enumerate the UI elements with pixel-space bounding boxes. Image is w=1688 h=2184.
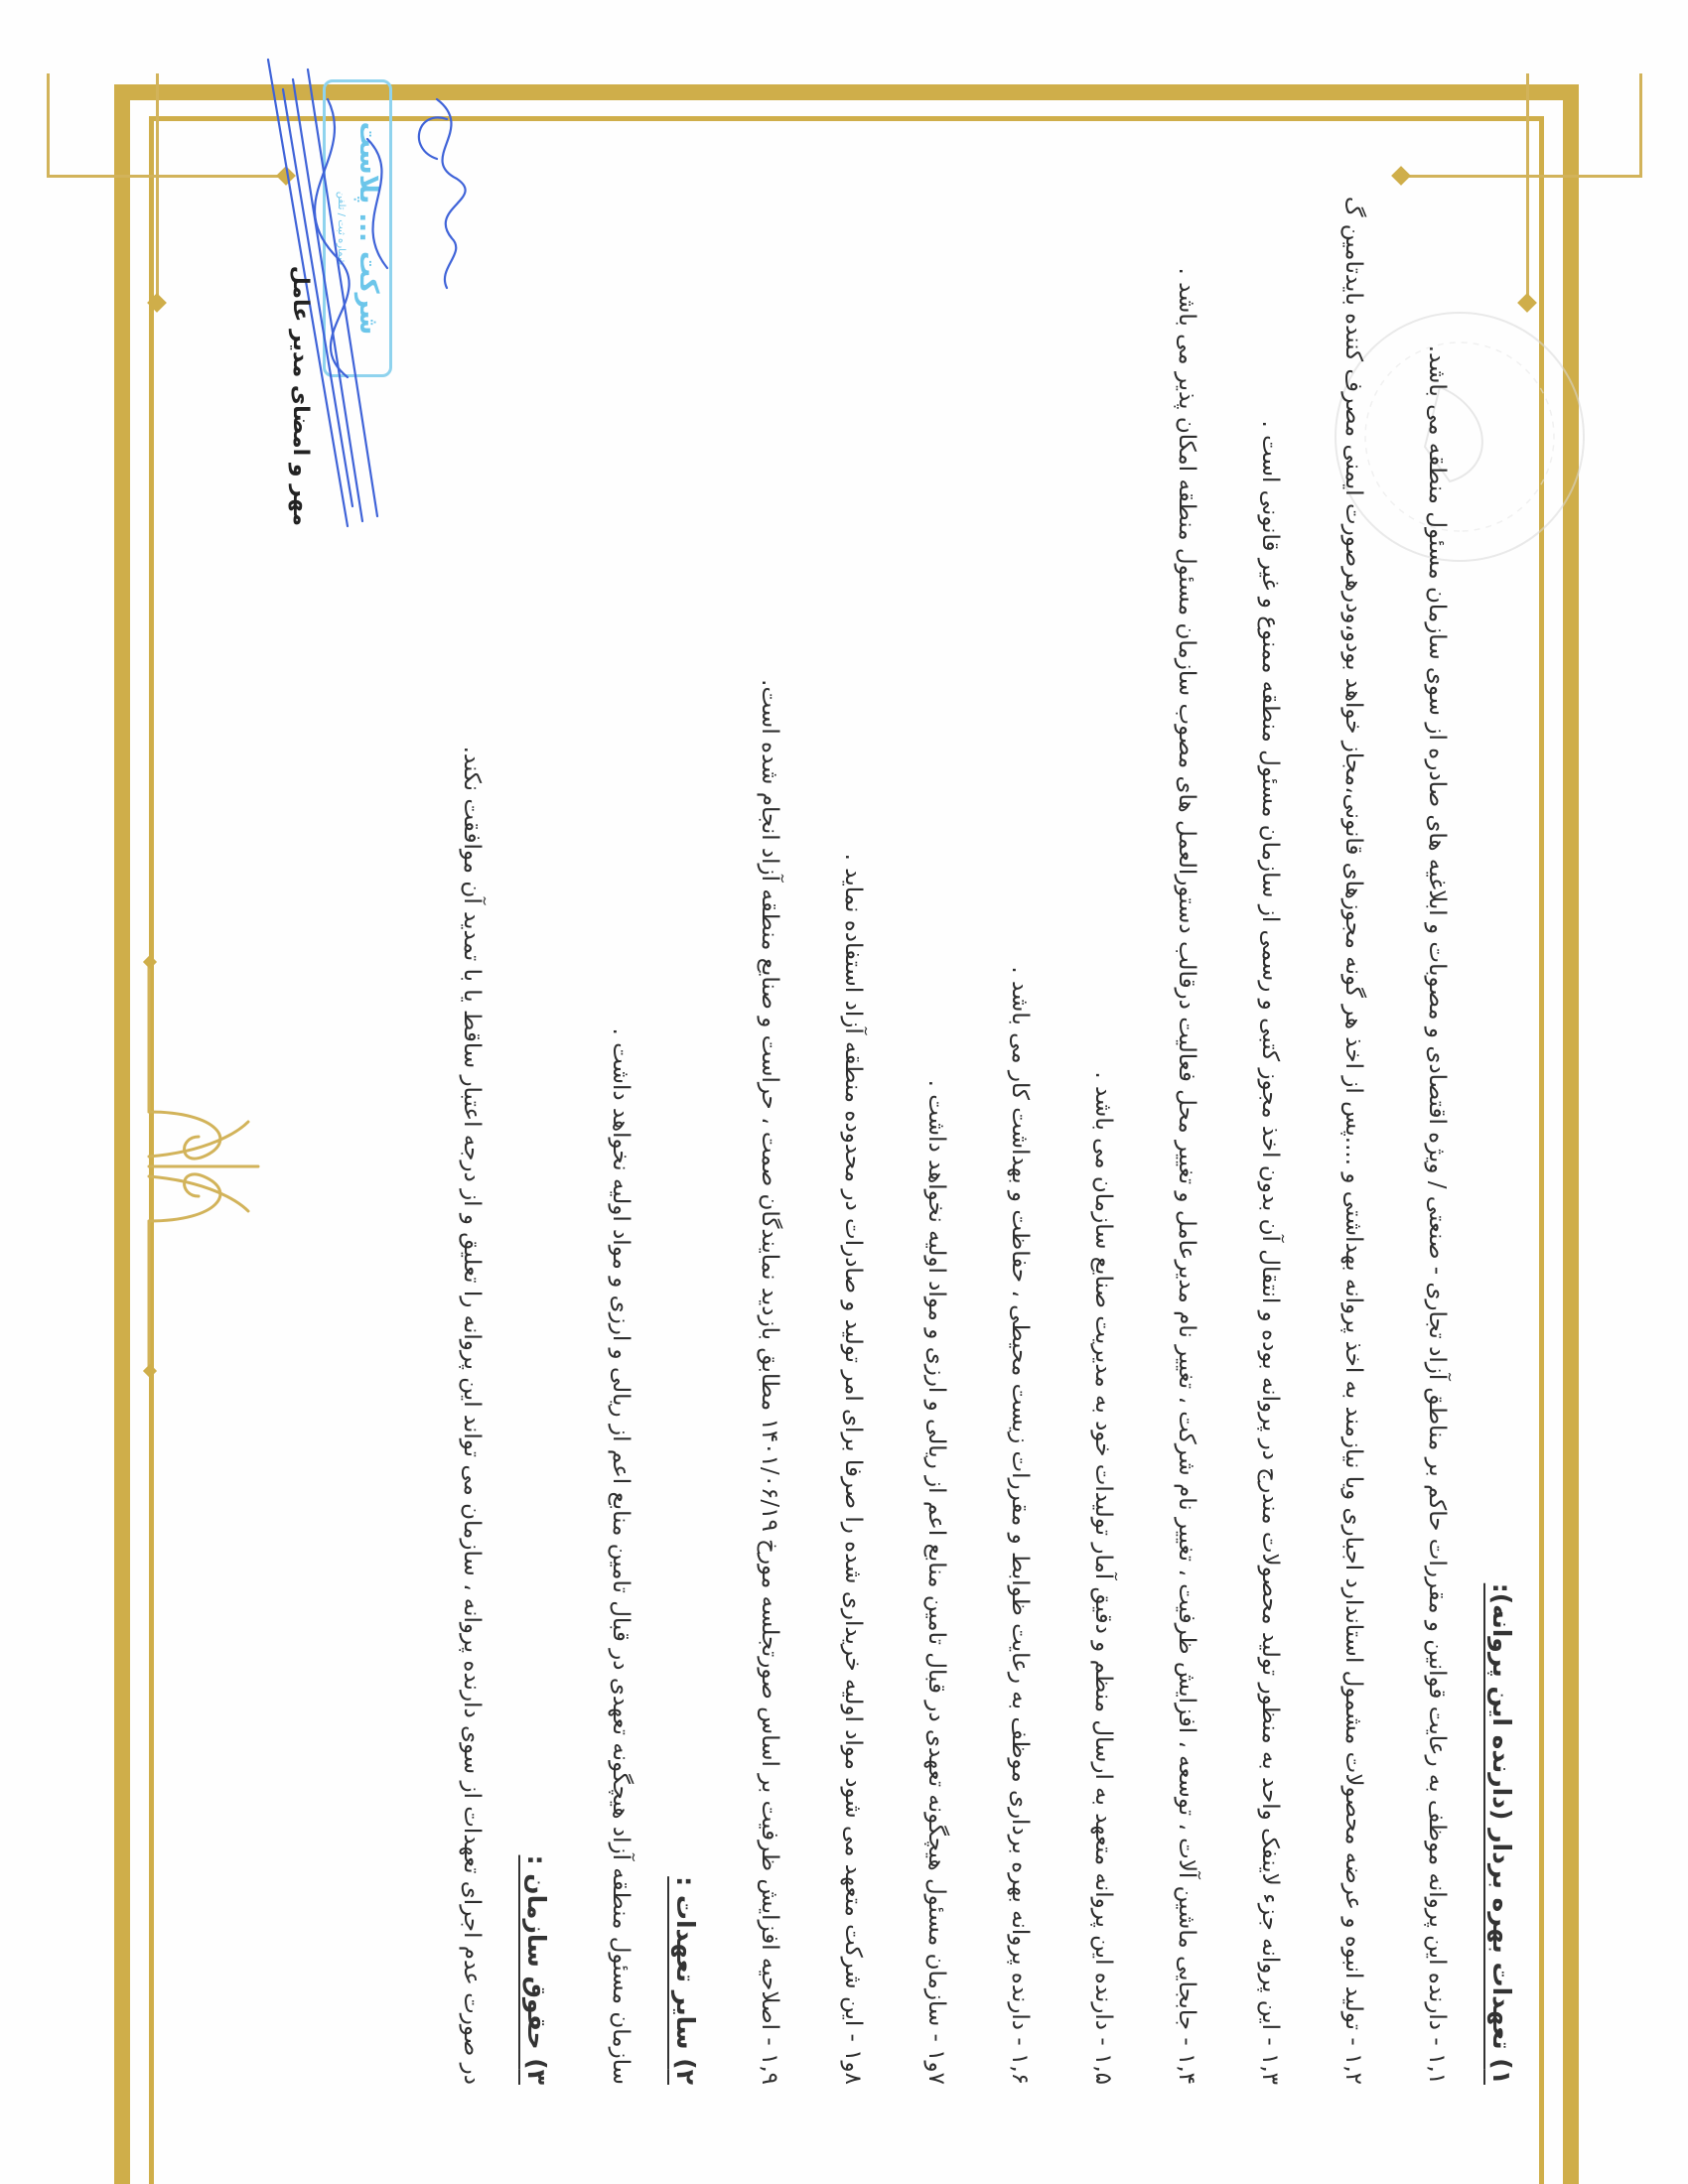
corner-line xyxy=(1526,73,1529,302)
clause-1-7: ۷و۱ - سازمان مسئول هیچگونه تعهدی در قبال… xyxy=(914,199,958,2085)
corner-line xyxy=(1399,175,1642,178)
corner-line xyxy=(1639,73,1642,178)
clause-1-1: ۱,۱ - دارنده این پروانه موظف به رعایت قو… xyxy=(1415,199,1459,2085)
corner-line xyxy=(47,73,50,178)
document-body: ۱) تعهدات بهره بردار (دارنده این پروانه)… xyxy=(333,199,1524,2085)
handwritten-signature-icon xyxy=(209,40,506,556)
signature-caption: مهر و امضای مدیر عامل xyxy=(288,266,313,526)
section-heading-organization-rights: ۳) حقوق سازمان : xyxy=(513,199,559,2085)
clause-1-2: ۱,۲ - تولید انبوه و عرضه محصولات مشمول ا… xyxy=(1332,199,1375,2085)
clause-1-5: ۱,۵ - دارنده این پروانه متعهد به ارسال م… xyxy=(1081,199,1125,2085)
clause-1-8: ۸و۱ - این شرکت متعهد می شود مواد اولیه خ… xyxy=(831,199,875,2085)
signature-block: شرکت ... پلاست شماره ثبت / تلفن مهر و ام… xyxy=(209,40,506,556)
clause-2-1: سازمان مسئول منطقه آزاد هیچگونه تعهدی در… xyxy=(599,199,642,2085)
certificate-page: ۱) تعهدات بهره بردار (دارنده این پروانه)… xyxy=(0,0,1688,2184)
corner-line xyxy=(156,73,159,302)
clause-1-6: ۱,۶ - دارنده پروانه بهره برداری موظف به … xyxy=(998,199,1042,2085)
clause-1-3: ۱,۳ - این پروانه جزء لاینفک واحد به منظو… xyxy=(1248,199,1292,2085)
section-heading-obligations: ۱) تعهدات بهره بردار (دارنده این پروانه)… xyxy=(1478,199,1524,2085)
ornamental-scroll-icon xyxy=(139,943,298,1390)
clause-1-9: ۱,۹ - اصلاحیه افزایش ظرفیت بر اساس صورتج… xyxy=(748,199,791,2085)
section-heading-other-obligations: ۲) سایر تعهدات : xyxy=(662,199,708,2085)
clause-1-4: ۱,۴ - جابجایی ماشین آلات ، توسعه ، افزای… xyxy=(1165,199,1208,2085)
